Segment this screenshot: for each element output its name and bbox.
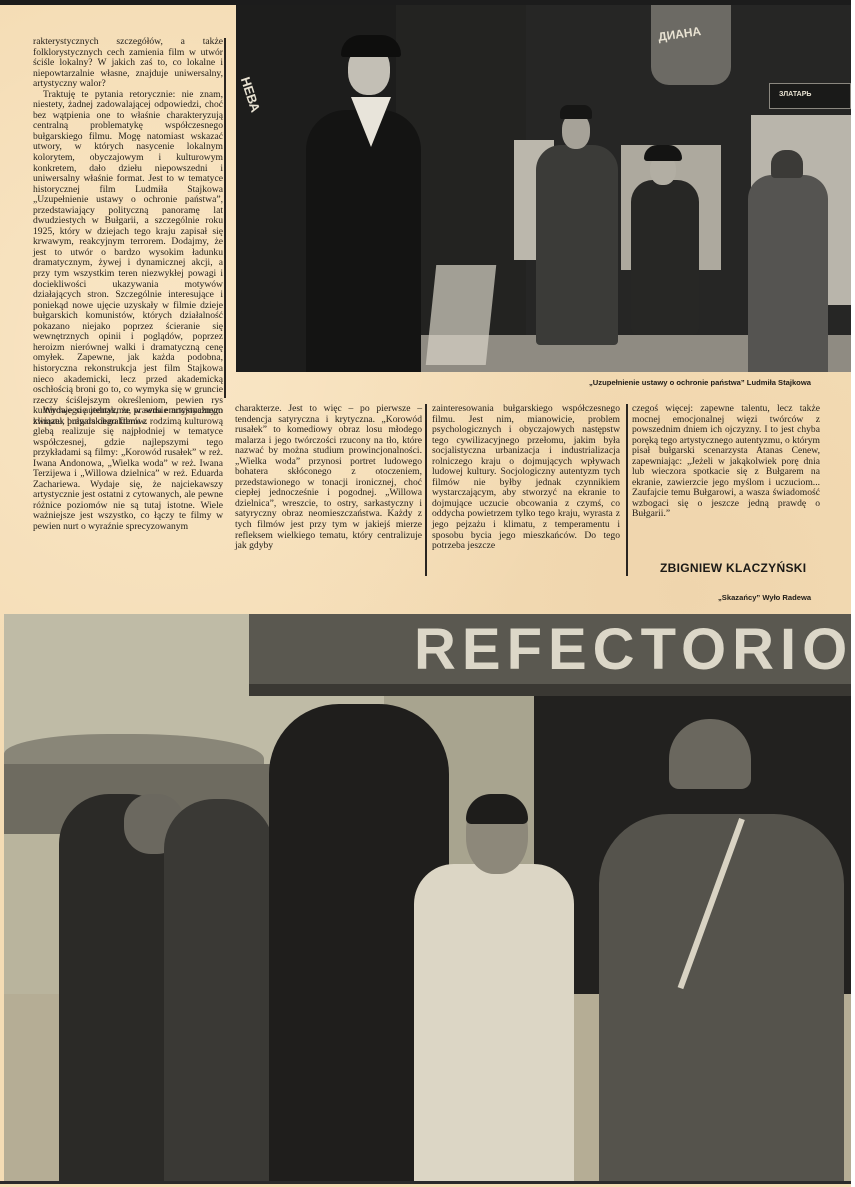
paragraph: Wydaje się jednak, że w sensie artystycz… — [33, 406, 223, 533]
woman-in-coat — [631, 180, 699, 335]
officer-in-uniform — [536, 145, 618, 345]
column-divider — [224, 38, 226, 398]
top-hat — [341, 35, 401, 57]
soldier-right-beret — [669, 719, 751, 789]
column-divider — [425, 404, 427, 576]
bottom-edge-rule — [0, 1181, 855, 1184]
article-column-4: czegoś więcej: zapewne talentu, lecz tak… — [632, 404, 820, 520]
paragraph: czegoś więcej: zapewne talentu, lecz tak… — [632, 404, 820, 520]
paper-bag — [426, 265, 497, 365]
photo-caption-top: „Uzupełnienie ustawy o ochronie państwa”… — [589, 378, 811, 387]
paragraph: Traktuję te pytania retorycznie: nie zna… — [33, 90, 223, 428]
woman-hat — [644, 145, 682, 161]
officer-cap — [560, 105, 592, 119]
paragraph: rakterystycznych szczegółów, a także fol… — [33, 37, 223, 90]
soldier-camo — [164, 799, 274, 1181]
paragraph: charakterze. Jest to więc – po pierwsze … — [235, 404, 422, 552]
photo-caption-bottom: „Skazańcy” Wyło Radewa — [718, 593, 811, 602]
column-divider — [626, 404, 628, 576]
man-in-top-hat — [306, 110, 421, 372]
lintel-shadow — [249, 684, 851, 696]
article-column-1-top: rakterystycznych szczegółów, a także fol… — [33, 37, 223, 427]
refectorio-sign: REFECTORIO — [414, 616, 851, 683]
hanging-shop-sign — [651, 5, 731, 85]
scan-edge — [851, 0, 855, 1187]
article-column-1-bottom: Wydaje się jednak, że w sensie artystycz… — [33, 406, 223, 533]
article-column-3: zainteresowania bułgarskiego współczesne… — [432, 404, 620, 552]
jeweler-sign-text: ЗЛАТАРЬ — [779, 91, 811, 98]
man-from-behind — [748, 175, 828, 372]
film-still-bottom: REFECTORIO — [4, 614, 851, 1181]
film-still-top: ДИАНА ЗЛАТАРЬ НЕВА — [236, 5, 851, 372]
man-in-white-shirt — [414, 864, 574, 1181]
article-column-2: charakterze. Jest to więc – po pierwsze … — [235, 404, 422, 552]
man-hat — [771, 150, 803, 178]
author-signature: ZBIGNIEW KLACZYŃSKI — [660, 561, 850, 575]
paragraph: zainteresowania bułgarskiego współczesne… — [432, 404, 620, 552]
magazine-page: rakterystycznych szczegółów, a także fol… — [0, 0, 855, 1187]
